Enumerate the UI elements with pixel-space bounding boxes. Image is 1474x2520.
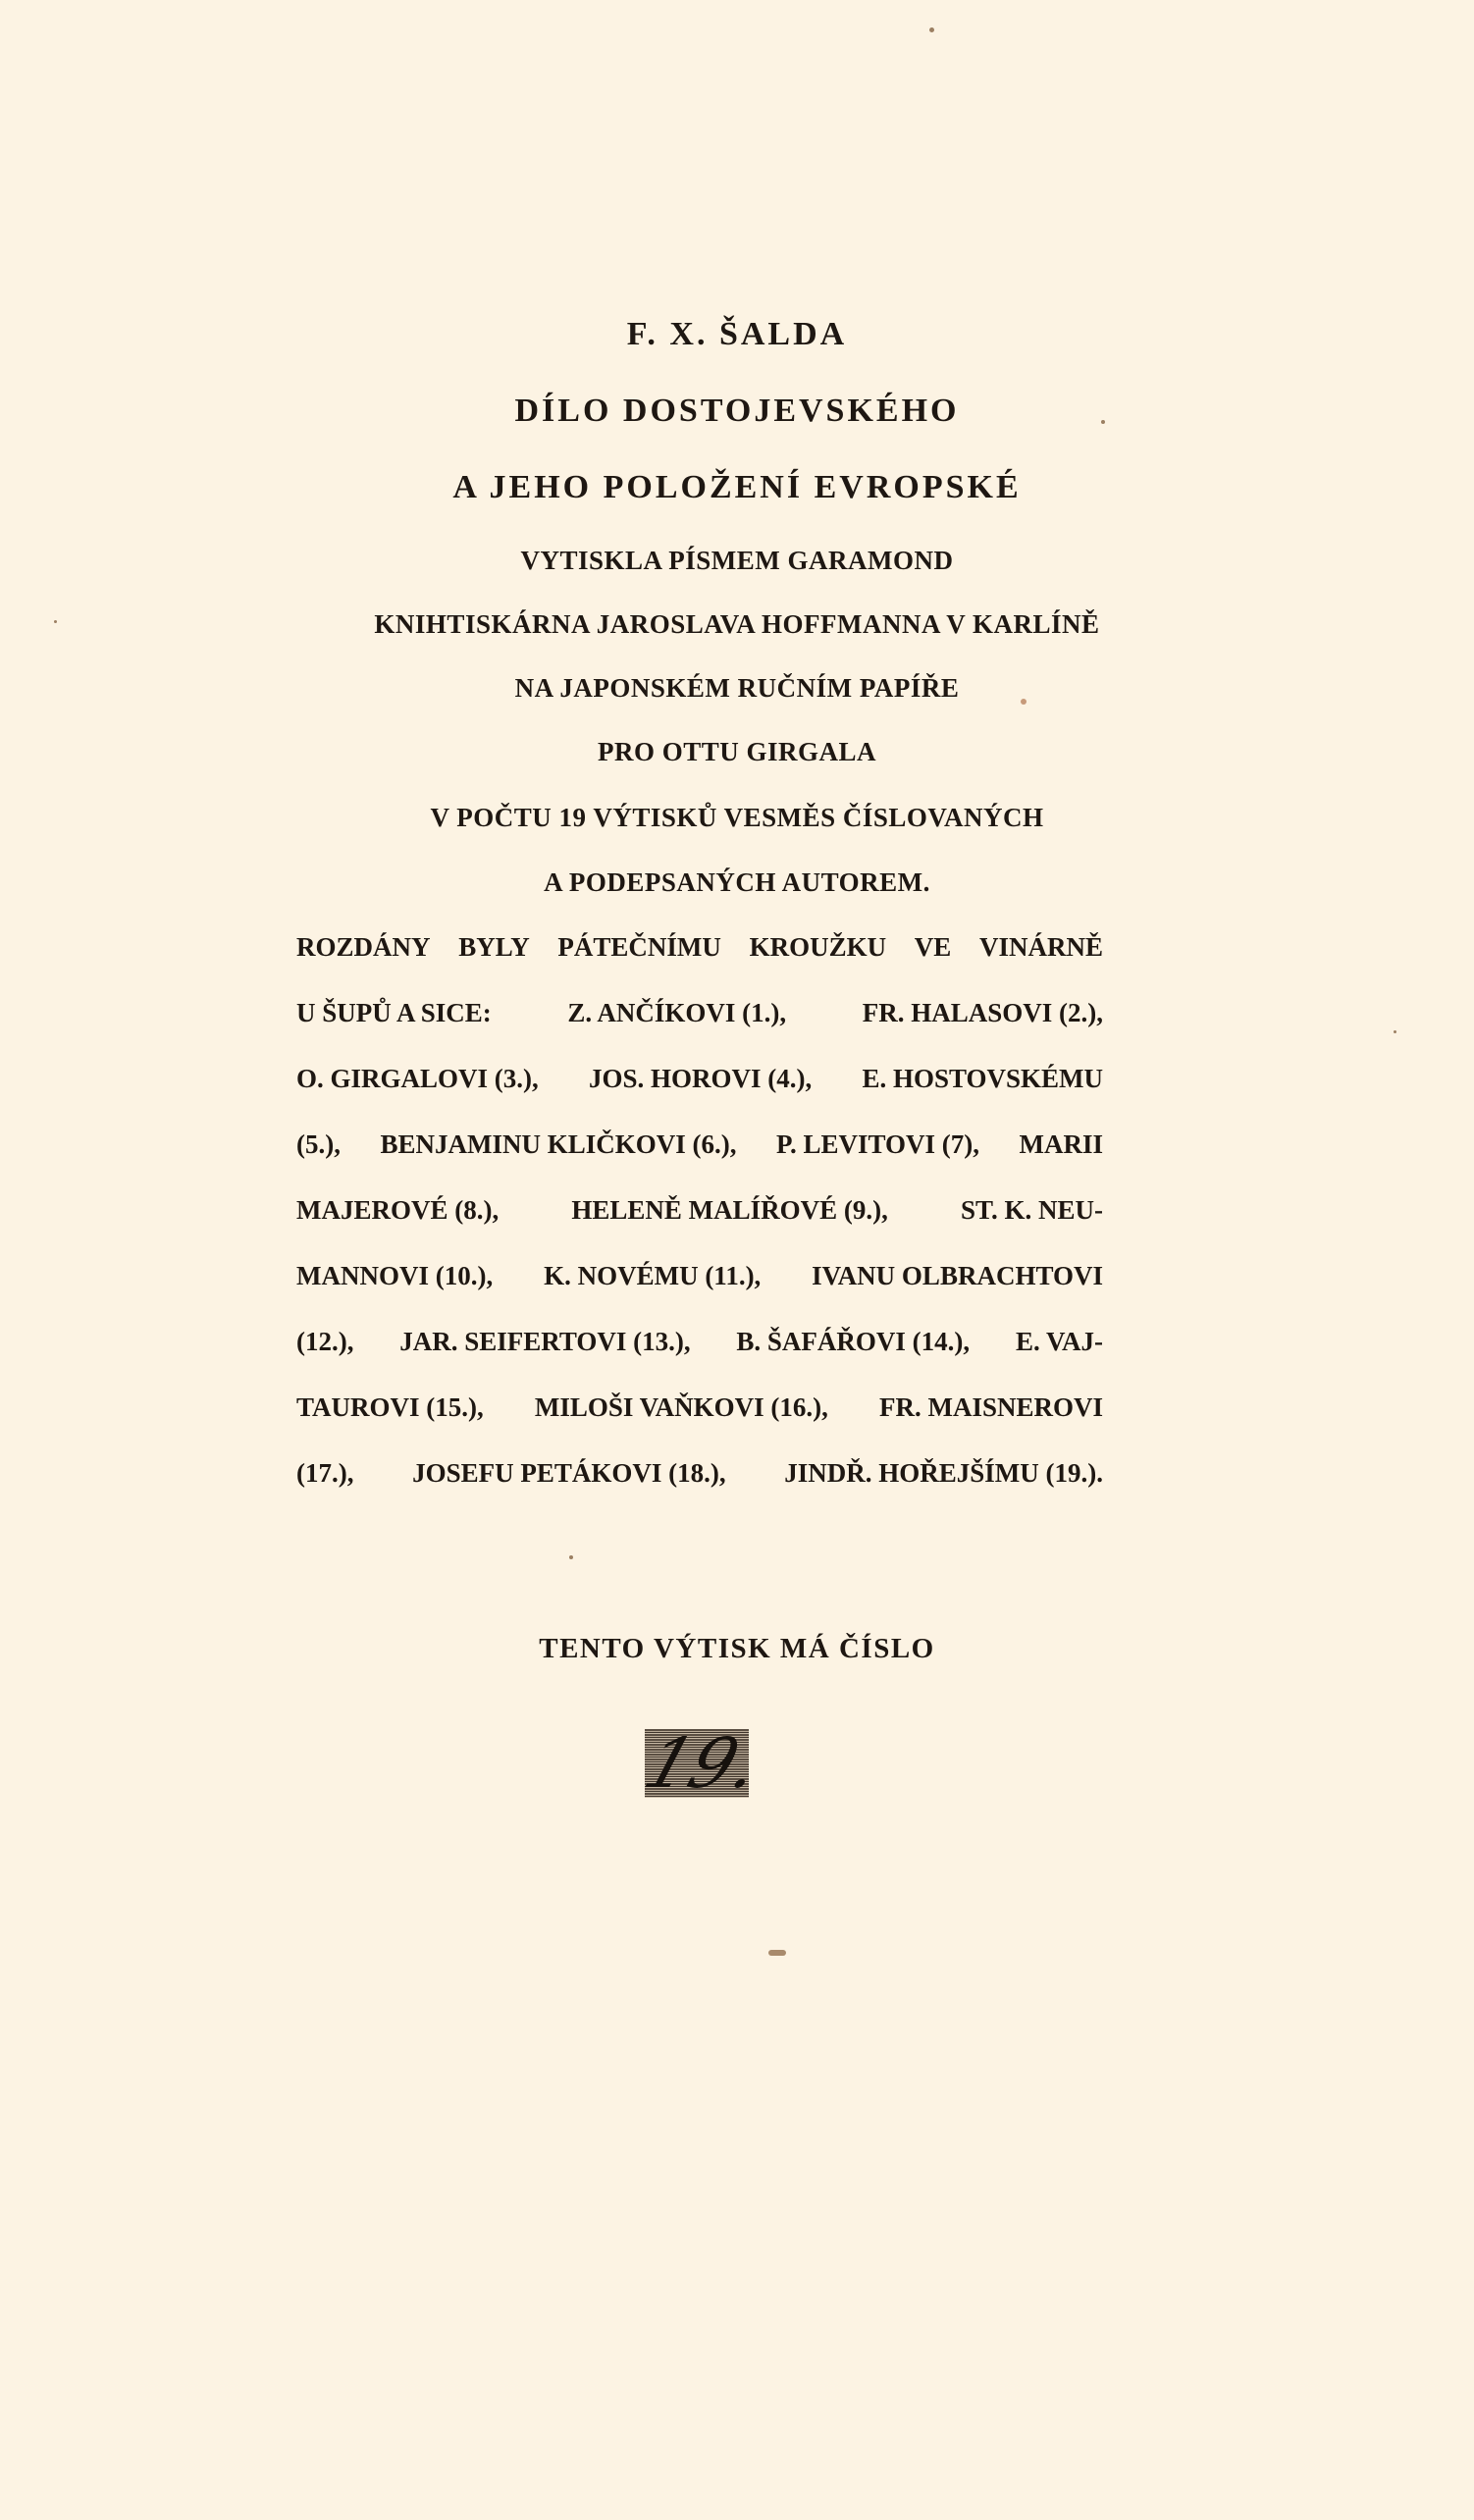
- colophon-line: VYTISKLA PÍSMEM GARAMOND: [0, 546, 1474, 576]
- paper-speck: [1021, 699, 1027, 705]
- paper-speck: [1394, 1030, 1396, 1033]
- paper-speck: [1101, 420, 1105, 424]
- book-title-line-2: A JEHO POLOŽENÍ EVROPSKÉ: [0, 469, 1474, 506]
- distribution-line: MAJEROVÉ (8.), HELENĚ MALÍŘOVÉ (9.), ST.…: [296, 1195, 1103, 1226]
- distribution-line: (12.), JAR. SEIFERTOVI (13.), B. ŠAFÁŘOV…: [296, 1327, 1103, 1357]
- distribution-line: U ŠUPŮ A SICE: Z. ANČÍKOVI (1.), FR. HAL…: [296, 998, 1103, 1028]
- copy-number-label: TENTO VÝTISK MÁ ČÍSLO: [0, 1633, 1474, 1665]
- paper-speck: [54, 620, 57, 623]
- copy-number-stamp: 19.: [645, 1729, 749, 1798]
- handwritten-copy-number: 19.: [630, 1729, 763, 1817]
- paper-speck: [929, 27, 934, 32]
- distribution-line: (5.), BENJAMINU KLIČKOVI (6.), P. LEVITO…: [296, 1129, 1103, 1160]
- colophon-line: V POČTU 19 VÝTISKŮ VESMĚS ČÍSLOVANÝCH: [0, 803, 1474, 833]
- paper-speck: [768, 1950, 786, 1956]
- author-name: F. X. ŠALDA: [0, 316, 1474, 353]
- distribution-line: ROZDÁNY BYLY PÁTEČNÍMU KROUŽKU VE VINÁRN…: [296, 932, 1103, 963]
- distribution-line: TAUROVI (15.), MILOŠI VAŇKOVI (16.), FR.…: [296, 1392, 1103, 1423]
- distribution-line: (17.), JOSEFU PETÁKOVI (18.), JINDŘ. HOŘ…: [296, 1458, 1103, 1489]
- colophon-page: F. X. ŠALDA DÍLO DOSTOJEVSKÉHO A JEHO PO…: [0, 0, 1474, 2520]
- book-title-line-1: DÍLO DOSTOJEVSKÉHO: [0, 393, 1474, 430]
- colophon-line: A PODEPSANÝCH AUTOREM.: [0, 867, 1474, 898]
- distribution-line: MANNOVI (10.), K. NOVÉMU (11.), IVANU OL…: [296, 1261, 1103, 1291]
- colophon-line: PRO OTTU GIRGALA: [0, 737, 1474, 767]
- paper-speck: [569, 1555, 573, 1559]
- colophon-line: NA JAPONSKÉM RUČNÍM PAPÍŘE: [0, 673, 1474, 704]
- distribution-line: O. GIRGALOVI (3.), JOS. HOROVI (4.), E. …: [296, 1064, 1103, 1094]
- colophon-line: KNIHTISKÁRNA JAROSLAVA HOFFMANNA V KARLÍ…: [0, 609, 1474, 640]
